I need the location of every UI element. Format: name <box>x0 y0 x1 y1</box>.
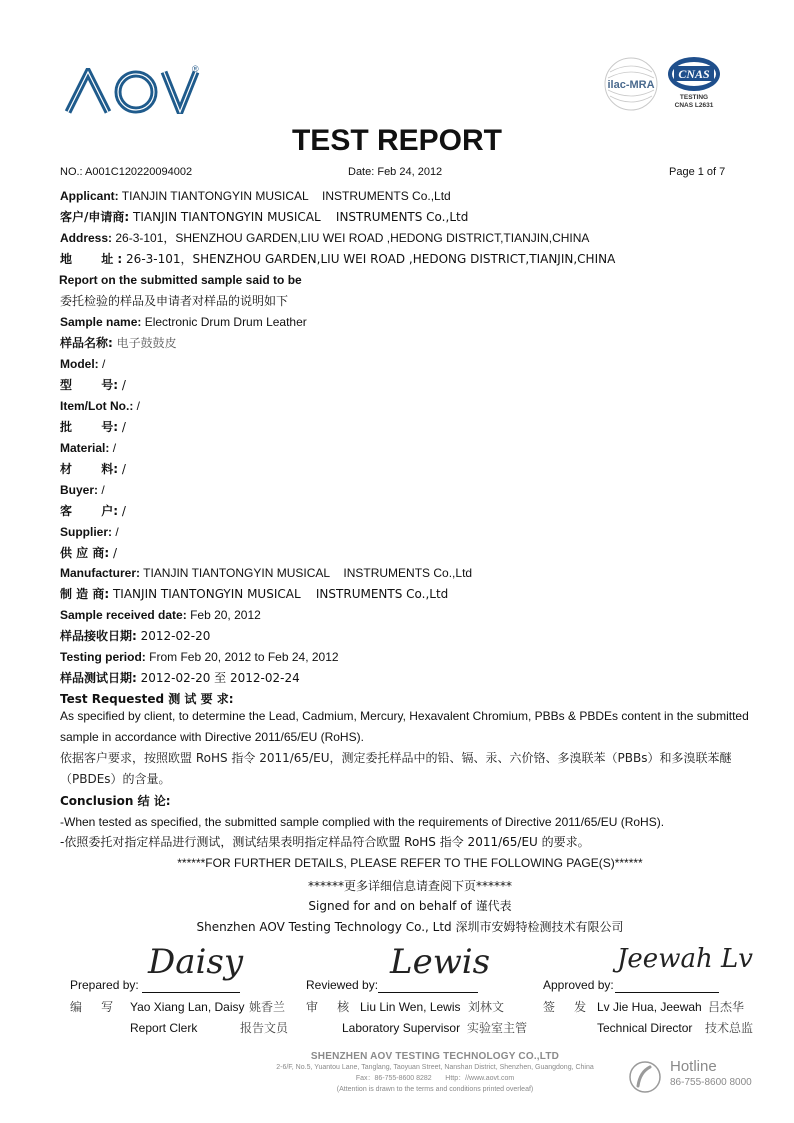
svg-text:ilac-MRA: ilac-MRA <box>607 79 654 91</box>
report-title: TEST REPORT <box>0 124 794 158</box>
supplier-row: Supplier: / <box>60 525 119 539</box>
received-date-row: Sample received date: Feb 20, 2012 <box>60 608 261 622</box>
further-details-notice: ******FOR FURTHER DETAILS, PLEASE REFER … <box>0 856 794 870</box>
prepared-name: Yao Xiang Lan, Daisy <box>130 1000 245 1014</box>
approved-by-label: Approved by: <box>543 978 614 992</box>
phone-icon <box>628 1060 662 1094</box>
footer-attention: (Attention is drawn to the terms and con… <box>250 1084 620 1095</box>
report-date: Date: Feb 24, 2012 <box>348 166 442 178</box>
signed-for-line: Signed for and on behalf of 谨代表 <box>0 897 794 914</box>
received-date-cn-row: 样品接收日期: 2012-02-20 <box>60 629 210 643</box>
conclusion-heading: Conclusion 结 论: <box>60 794 171 808</box>
footer-fax-web: Fax：86-755-8600 8282 Http：//www.aovt.com <box>250 1073 620 1084</box>
footer-address: 2-6/F, No.5, Yuantou Lane, Tanglang, Tao… <box>250 1062 620 1073</box>
ilac-mra-logo: ilac-MRA <box>598 56 664 112</box>
buyer-cn-row: 客 户: / <box>60 504 126 518</box>
hotline-number: 86-755-8600 8000 <box>670 1077 752 1088</box>
applicant-row: Applicant: TIANJIN TIANTONGYIN MUSICAL I… <box>60 189 451 203</box>
approved-name-cn: 吕杰华 <box>708 1000 744 1014</box>
report-on-cn: 委托检验的样品及申请者对样品的说明如下 <box>60 294 288 308</box>
sample-name-cn-row: 样品名称: 电子鼓鼓皮 <box>60 336 177 350</box>
approved-role-cn: 签 发 <box>543 1000 586 1014</box>
svg-text:CNAS: CNAS <box>678 67 710 81</box>
aov-logo <box>64 68 214 114</box>
footer-company-block: SHENZHEN AOV TESTING TECHNOLOGY CO.,LTD … <box>250 1051 620 1095</box>
cnas-logo: CNAS TESTING CNAS L2631 <box>664 54 724 112</box>
address-cn-row: 地 址 : 26-3-101，SHENZHOU GARDEN,LIU WEI R… <box>60 252 615 266</box>
approved-signature: Jeewah Lv <box>617 944 753 974</box>
manufacturer-cn-row: 制 造 商: TIANJIN TIANTONGYIN MUSICAL INSTR… <box>60 587 448 601</box>
material-row: Material: / <box>60 441 116 455</box>
reviewed-name-cn: 刘林文 <box>468 1000 504 1014</box>
reviewed-title-cn: 实验室主管 <box>467 1021 527 1035</box>
hotline-label: Hotline <box>670 1058 717 1075</box>
lot-row: Item/Lot No.: / <box>60 399 140 413</box>
prepared-signature-line <box>142 992 240 993</box>
model-cn-row: 型 号: / <box>60 378 126 392</box>
material-cn-row: 材 料: / <box>60 462 126 476</box>
approved-signature-line <box>615 992 719 993</box>
testing-period-cn-row: 样品测试日期: 2012-02-20 至 2012-02-24 <box>60 671 300 685</box>
reviewed-role-cn: 审 核 <box>306 1000 349 1014</box>
model-row: Model: / <box>60 357 105 371</box>
sample-name-row: Sample name: Electronic Drum Drum Leathe… <box>60 315 307 329</box>
conclusion-en: -When tested as specified, the submitted… <box>60 815 664 829</box>
reviewed-name: Liu Lin Wen, Lewis <box>360 1000 461 1014</box>
approved-title: Technical Director <box>597 1021 692 1035</box>
test-requested-cn: 依据客户要求，按照欧盟 RoHS 指令 2011/65/EU，测定委托样品中的铅… <box>60 748 750 790</box>
footer-company-name: SHENZHEN AOV TESTING TECHNOLOGY CO.,LTD <box>250 1051 620 1062</box>
prepared-signature: Daisy <box>148 942 243 982</box>
prepared-by-label: Prepared by: <box>70 978 139 992</box>
test-requested-heading: Test Requested 测 试 要 求: <box>60 692 234 706</box>
applicant-cn-row: 客户/申请商: TIANJIN TIANTONGYIN MUSICAL INST… <box>60 210 468 224</box>
page-indicator: Page 1 of 7 <box>669 166 725 178</box>
svg-text:TESTING: TESTING <box>680 94 708 101</box>
buyer-row: Buyer: / <box>60 483 105 497</box>
svg-text:CNAS L2631: CNAS L2631 <box>675 102 714 109</box>
registered-mark: ® <box>192 64 199 74</box>
approved-title-cn: 技术总监 <box>705 1021 753 1035</box>
testing-period-row: Testing period: From Feb 20, 2012 to Feb… <box>60 650 339 664</box>
reviewed-signature-line <box>378 992 478 993</box>
prepared-role-cn: 编 写 <box>70 1000 113 1014</box>
prepared-title: Report Clerk <box>130 1021 197 1035</box>
supplier-cn-row: 供 应 商: / <box>60 546 117 560</box>
address-row: Address: 26-3-101，SHENZHOU GARDEN,LIU WE… <box>60 231 589 245</box>
report-number: NO.: A001C120220094002 <box>60 166 192 178</box>
prepared-name-cn: 姚香兰 <box>249 1000 285 1014</box>
test-requested-en: As specified by client, to determine the… <box>60 706 750 748</box>
conclusion-cn: -依照委托对指定样品进行测试，测试结果表明指定样品符合欧盟 RoHS 指令 20… <box>60 835 590 849</box>
reviewed-by-label: Reviewed by: <box>306 978 378 992</box>
reviewed-title: Laboratory Supervisor <box>342 1021 460 1035</box>
company-line: Shenzhen AOV Testing Technology Co., Ltd… <box>0 918 794 935</box>
reviewed-signature: Lewis <box>390 942 490 982</box>
approved-name: Lv Jie Hua, Jeewah <box>597 1000 702 1014</box>
further-details-notice-cn: ******更多详细信息请查阅下页****** <box>0 877 794 894</box>
prepared-title-cn: 报告文员 <box>240 1021 288 1035</box>
manufacturer-row: Manufacturer: TIANJIN TIANTONGYIN MUSICA… <box>60 566 472 580</box>
lot-cn-row: 批 号: / <box>60 420 126 434</box>
report-on-heading: Report on the submitted sample said to b… <box>59 273 302 287</box>
